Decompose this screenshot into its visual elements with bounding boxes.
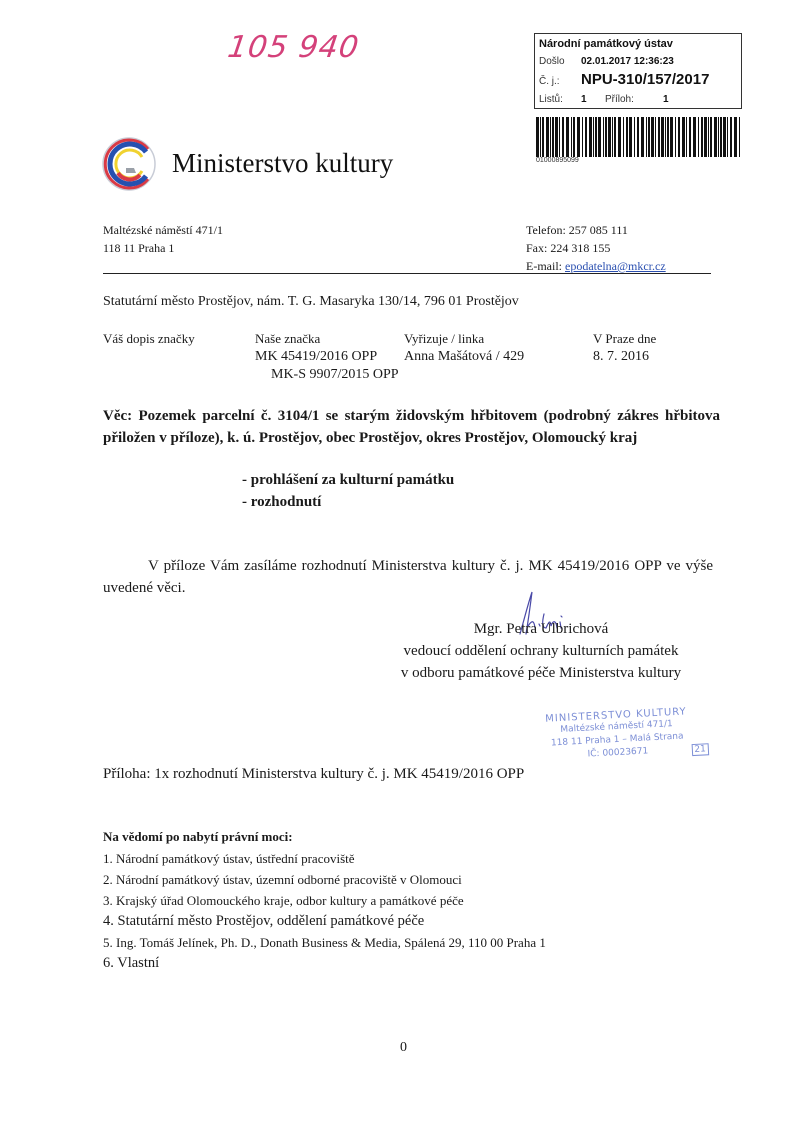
stamp-number: 21 [691,743,709,756]
handwritten-registry-number: 105 940 [226,30,362,65]
handler: Vyřizuje / linka Anna Mašátová / 429 [404,330,524,366]
attachment-line: Příloha: 1x rozhodnutí Ministerstva kult… [103,766,524,783]
date: V Praze dne 8. 7. 2016 [593,330,656,366]
received-value: 02.01.2017 12:36:23 [581,56,674,67]
attachments-label: Příloh: [605,94,634,105]
your-ref-label: Váš dopis značky [103,330,195,348]
ministry-logo-icon [100,135,160,193]
page-number: 0 [400,1040,407,1056]
signer-name: Mgr. Petra Ulbrichová [360,618,722,640]
cc-item: 6. Vlastní [103,953,546,974]
registry-stamp: Národní památkový ústav Došlo 02.01.2017… [534,33,742,109]
our-ref-value-2: MK-S 9907/2015 OPP [255,366,399,384]
received-label: Došlo [539,56,565,67]
cc-item: 3. Krajský úřad Olomouckého kraje, odbor… [103,890,546,911]
email-link[interactable]: epodatelna@mkcr.cz [565,259,666,273]
signer-block: Mgr. Petra Ulbrichová vedoucí oddělení o… [360,618,722,684]
contact-block: Telefon: 257 085 111 Fax: 224 318 155 E-… [526,221,666,275]
header-divider [103,273,711,274]
our-ref: Naše značka MK 45419/2016 OPP MK-S 9907/… [255,330,399,384]
address-line-2: 118 11 Praha 1 [103,239,223,257]
sheets-value: 1 [581,94,587,105]
subject: Věc: Pozemek parcelní č. 3104/1 se starý… [103,405,720,449]
our-ref-value: MK 45419/2016 OPP [255,348,399,366]
ministry-name: Ministerstvo kultury [172,148,393,179]
date-label: V Praze dne [593,330,656,348]
ref-value: NPU-310/157/2017 [581,71,709,88]
recipient-address: Statutární město Prostějov, nám. T. G. M… [103,294,519,310]
body-paragraph: V příloze Vám zasíláme rozhodnutí Minist… [103,555,713,599]
handler-value: Anna Mašátová / 429 [404,348,524,366]
date-value: 8. 7. 2016 [593,348,656,366]
subject-item-2: - rozhodnutí [242,494,321,511]
sheets-label: Listů: [539,94,563,105]
sender-address: Maltézské náměstí 471/1 118 11 Praha 1 [103,221,223,257]
barcode-number: 01000895099 [536,157,579,164]
cc-item: 4. Statutární město Prostějov, oddělení … [103,911,546,932]
cc-list: 1. Národní památkový ústav, ústřední pra… [103,848,546,974]
barcode [536,117,742,157]
fax: Fax: 224 318 155 [526,239,666,257]
cc-item: 5. Ing. Tomáš Jelínek, Ph. D., Donath Bu… [103,932,546,953]
attachments-value: 1 [663,94,669,105]
ministry-stamp: MINISTERSTVO KULTURY Maltézské náměstí 4… [531,706,703,765]
cc-heading: Na vědomí po nabytí právní moci: [103,829,293,845]
email-label: E-mail: [526,259,565,273]
phone: Telefon: 257 085 111 [526,221,666,239]
cc-item: 1. Národní památkový ústav, ústřední pra… [103,848,546,869]
registry-institution: Národní památkový ústav [539,38,673,50]
ref-label: Č. j.: [539,76,560,87]
address-line-1: Maltézské náměstí 471/1 [103,221,223,239]
cc-item: 2. Národní památkový ústav, územní odbor… [103,869,546,890]
our-ref-label: Naše značka [255,330,399,348]
handler-label: Vyřizuje / linka [404,330,524,348]
signer-title-1: vedoucí oddělení ochrany kulturních pamá… [360,640,722,662]
signer-title-2: v odboru památkové péče Ministerstva kul… [360,662,722,684]
subject-item-1: - prohlášení za kulturní památku [242,472,454,489]
